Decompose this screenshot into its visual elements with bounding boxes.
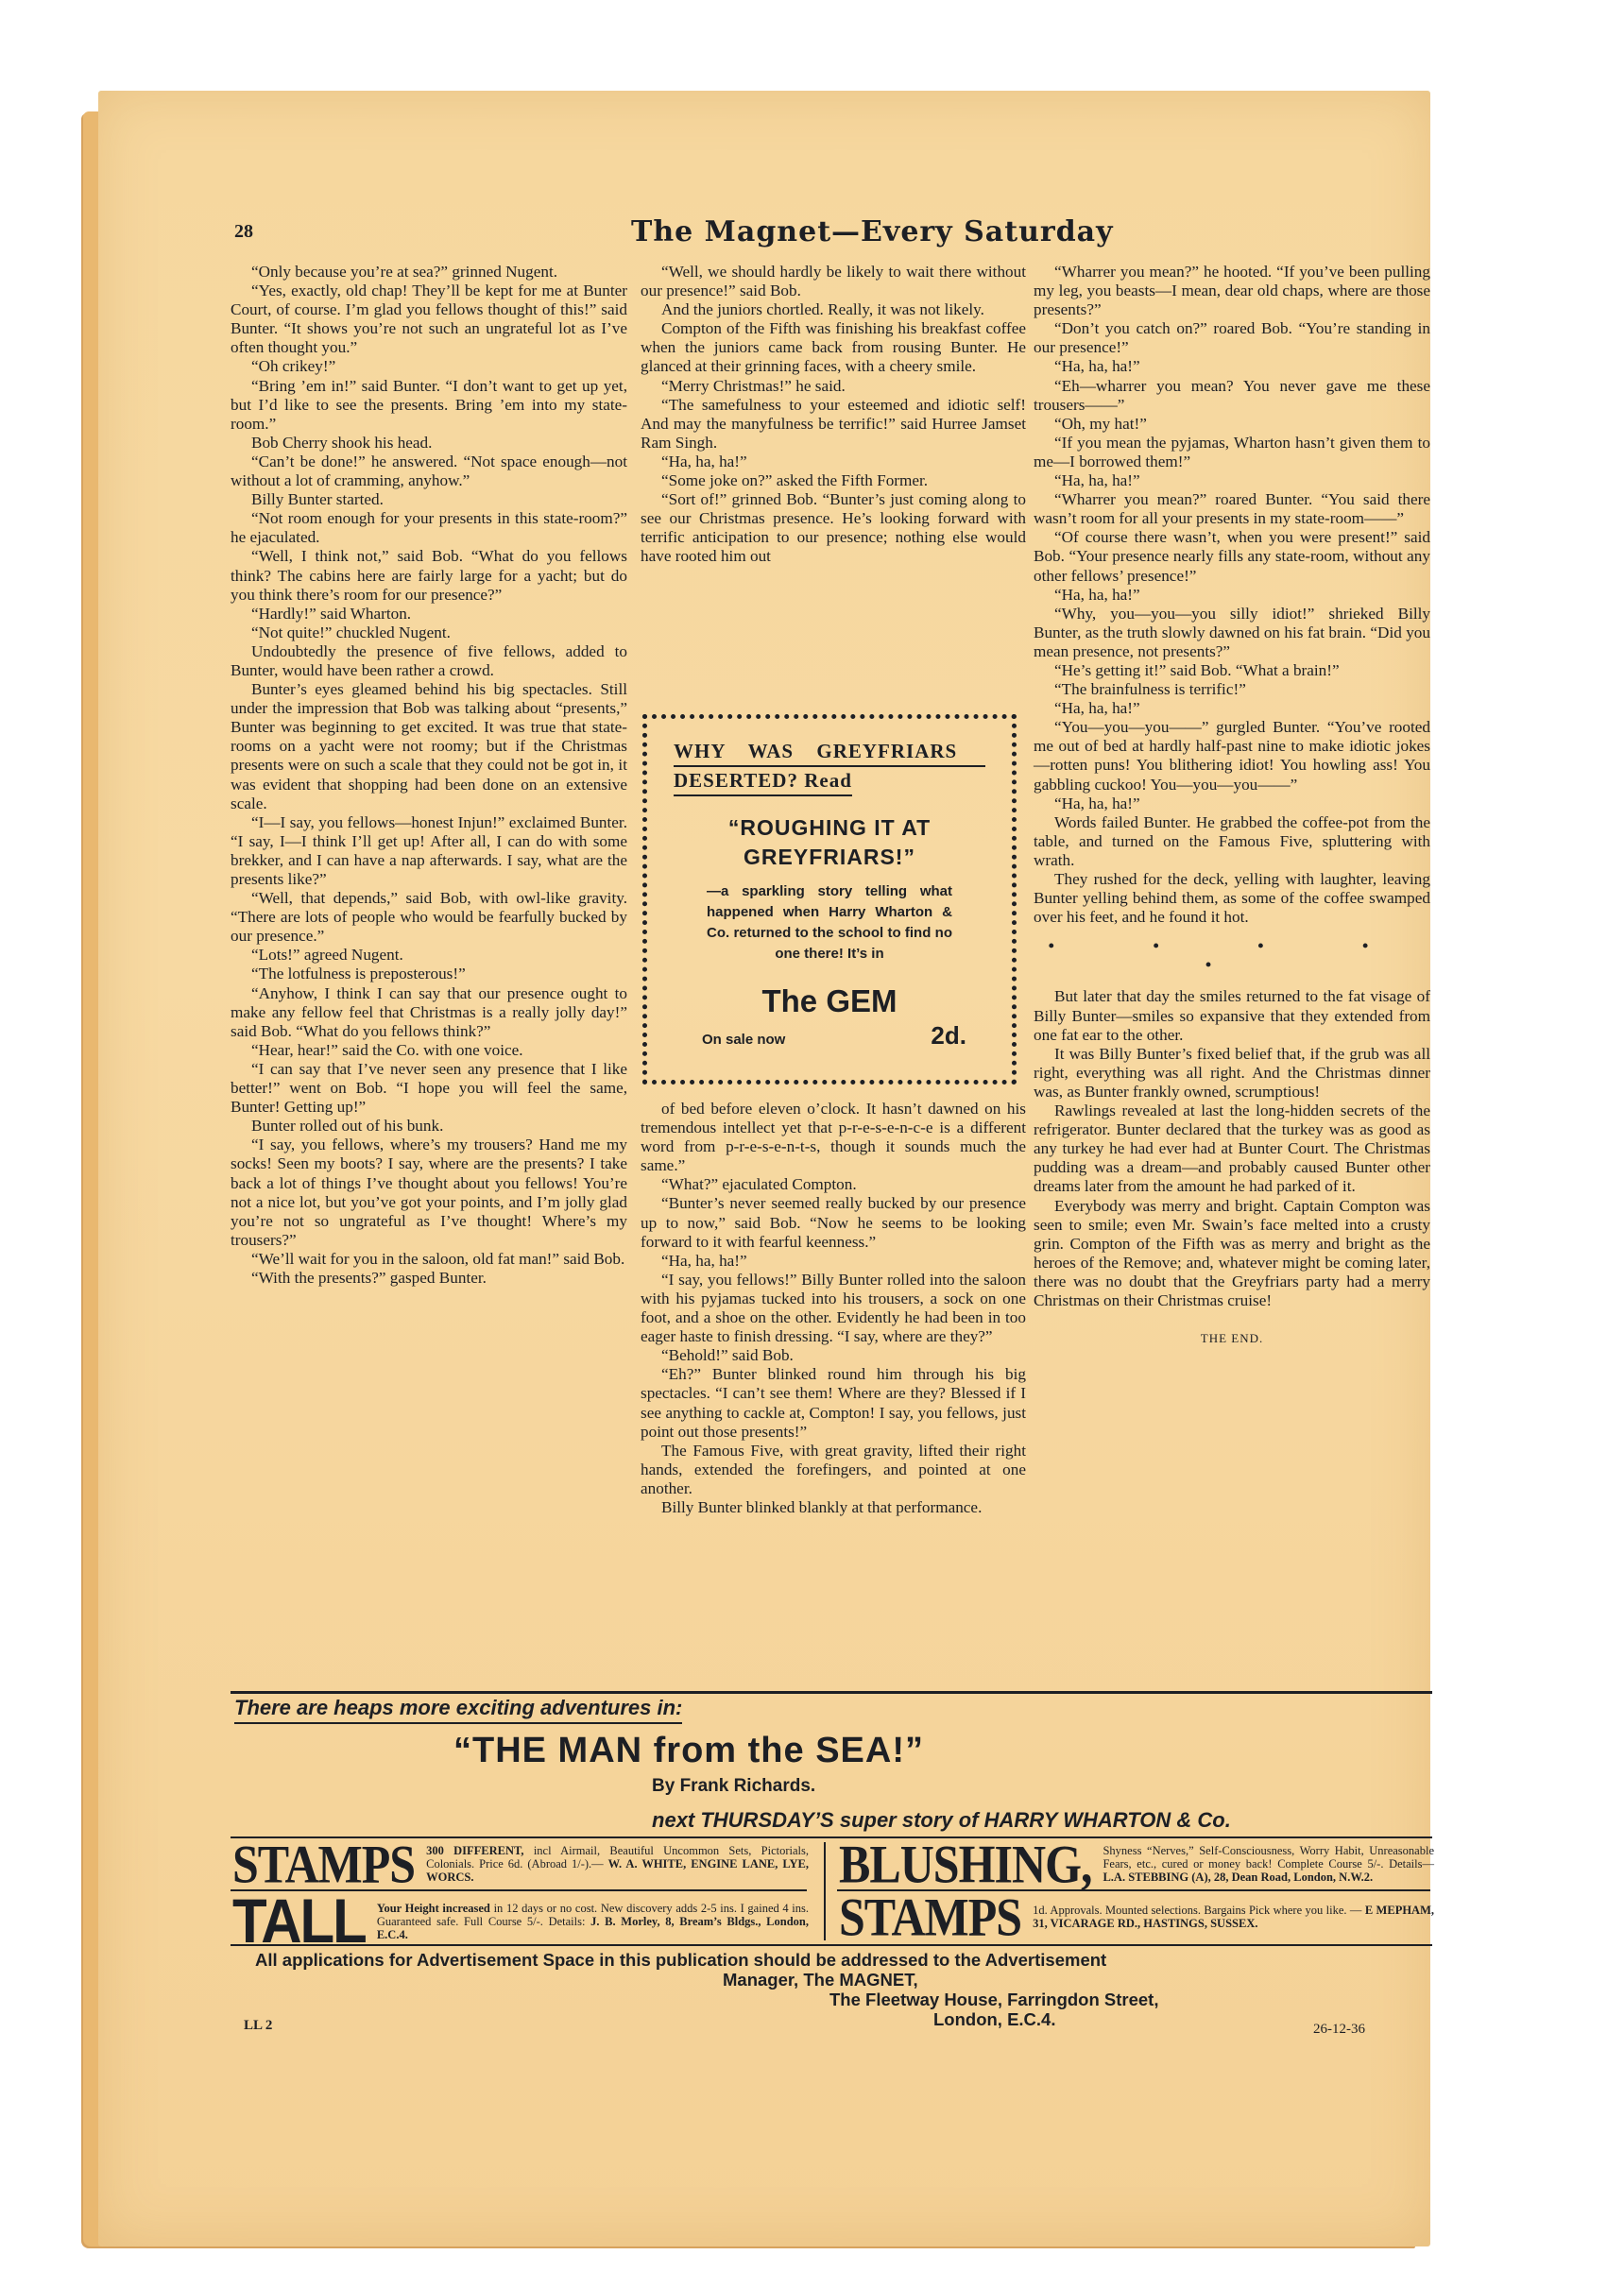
paragraph: And the juniors chortled. Really, it was…: [641, 300, 1026, 319]
paragraph: “Wharrer you mean?” he hooted. “If you’v…: [1034, 263, 1430, 319]
paragraph: “Why, you—you—you silly idiot!” shrieked…: [1034, 605, 1430, 661]
the-end: THE END.: [1034, 1329, 1430, 1348]
gem-ad-publication: The GEM: [674, 983, 985, 1019]
next-week-subtitle: next THURSDAY’S super story of HARRY WHA…: [652, 1808, 1231, 1833]
gem-ad-sale-line: On sale now 2d.: [702, 1021, 966, 1051]
paragraph: “Ha, ha, ha!”: [641, 453, 1026, 471]
paragraph: “Ha, ha, ha!”: [1034, 471, 1430, 490]
paragraph: “Eh?” Bunter blinked round him through h…: [641, 1365, 1026, 1441]
ad-heading: BLUSHING,: [839, 1836, 1091, 1891]
paragraph: “The lotfulness is preposterous!”: [231, 965, 627, 983]
paragraph: The Famous Five, with great gravity, lif…: [641, 1442, 1026, 1498]
masthead: The Magnet—Every Saturday: [631, 215, 1114, 248]
ad-column-divider: [824, 1842, 826, 1940]
paragraph: “I say, you fellows!” Billy Bunter rolle…: [641, 1271, 1026, 1346]
classified-ad-stamps-mepham: STAMPS 1d. Approvals. Mounted selections…: [839, 1893, 1434, 1940]
paragraph: “Hear, hear!” said the Co. with one voic…: [231, 1041, 627, 1060]
paragraph: Rawlings revealed at last the long-hidde…: [1034, 1102, 1430, 1196]
paragraph: “I say, you fellows, where’s my trousers…: [231, 1136, 627, 1250]
gem-advertisement: WHY WAS GREYFRIARS DESERTED? Read “ROUGH…: [642, 714, 1017, 1085]
classified-ad-stamps-white: STAMPS 300 DIFFERENT, incl Airmail, Beau…: [232, 1840, 809, 1888]
footer-line: London, E.C.4.: [246, 2009, 1427, 2029]
paragraph: “Some joke on?” asked the Fifth Former.: [641, 471, 1026, 490]
ad-heading: STAMPS: [839, 1889, 1021, 1944]
paragraph: “Hardly!” said Wharton.: [231, 605, 627, 623]
paragraph: “Oh, my hat!”: [1034, 415, 1430, 434]
classified-ad-tall: TALL Your Height increased in 12 days or…: [232, 1893, 809, 1950]
paragraph: of bed before eleven o’clock. It hasn’t …: [641, 1100, 1026, 1175]
paragraph: “The samefulness to your esteemed and id…: [641, 396, 1026, 453]
story-column-3-part2: But later that day the smiles returned t…: [1034, 987, 1430, 1310]
gem-ad-blurb: —a sparkling story telling what happened…: [707, 881, 952, 965]
paragraph: “Only because you’re at sea?” grinned Nu…: [231, 263, 627, 282]
paragraph: Bunter rolled out of his bunk.: [231, 1117, 627, 1136]
paragraph: Everybody was merry and bright. Captain …: [1034, 1197, 1430, 1311]
gem-ad-story-title: “ROUGHING IT AT GREYFRIARS!”: [674, 813, 985, 872]
paragraph: “We’ll wait for you in the saloon, old f…: [231, 1250, 627, 1269]
paragraph: “Eh—wharrer you mean? You never gave me …: [1034, 377, 1430, 415]
ad-address: L.A. STEBBING (A), 28, Dean Road, London…: [1103, 1870, 1373, 1884]
paragraph: “Of course there wasn’t, when you were p…: [1034, 528, 1430, 585]
paragraph: Bunter’s eyes gleamed behind his big spe…: [231, 680, 627, 813]
paragraph: “Well, I think not,” said Bob. “What do …: [231, 547, 627, 604]
paragraph: Compton of the Fifth was finishing his b…: [641, 319, 1026, 376]
paragraph: “Well, that depends,” said Bob, with owl…: [231, 889, 627, 946]
next-week-teaser: There are heaps more exciting adventures…: [234, 1696, 682, 1724]
paragraph: “Bring ’em in!” said Bunter. “I don’t wa…: [231, 377, 627, 434]
story-column-3: “Wharrer you mean?” he hooted. “If you’v…: [1034, 263, 1430, 1348]
next-week-author: By Frank Richards.: [652, 1776, 815, 1797]
paragraph: “Anyhow, I think I can say that our pres…: [231, 984, 627, 1041]
gem-ad-headline-2: DESERTED? Read: [674, 767, 852, 796]
paragraph: “Can’t be done!” he answered. “Not space…: [231, 453, 627, 490]
paragraph: “Merry Christmas!” he said.: [641, 377, 1026, 396]
paragraph: “What?” ejaculated Compton.: [641, 1175, 1026, 1194]
paragraph: “Bunter’s never seemed really bucked by …: [641, 1194, 1026, 1251]
next-week-title: “THE MAN from the SEA!”: [453, 1731, 924, 1771]
paragraph: Billy Bunter started.: [231, 490, 627, 509]
ad-heading: STAMPS: [232, 1836, 415, 1891]
paragraph: “With the presents?” gasped Bunter.: [231, 1269, 627, 1288]
paragraph: “If you mean the pyjamas, Wharton hasn’t…: [1034, 434, 1430, 471]
page-header: 28 The Magnet—Every Saturday: [234, 215, 1434, 253]
paragraph: Words failed Bunter. He grabbed the coff…: [1034, 813, 1430, 870]
story-column-3-part1: “Wharrer you mean?” he hooted. “If you’v…: [1034, 263, 1430, 927]
paragraph: “Behold!” said Bob.: [641, 1346, 1026, 1365]
paragraph: “Lots!” agreed Nugent.: [231, 946, 627, 965]
paragraph: “He’s getting it!” said Bob. “What a bra…: [1034, 661, 1430, 680]
issue-date: 26-12-36: [1313, 2022, 1365, 2038]
paragraph: “Ha, ha, ha!”: [1034, 699, 1430, 718]
paragraph: “Sort of!” grinned Bob. “Bunter’s just c…: [641, 490, 1026, 566]
paragraph: “The brainfulness is terrific!”: [1034, 680, 1430, 699]
paragraph: “Don’t you catch on?” roared Bob. “You’r…: [1034, 319, 1430, 357]
paragraph: Undoubtedly the presence of five fellows…: [231, 642, 627, 680]
paragraph: “Not quite!” chuckled Nugent.: [231, 623, 627, 642]
ad-text: 1d. Approvals. Mounted selections. Barga…: [1033, 1904, 1361, 1917]
ad-lead: 300 DIFFERENT,: [426, 1844, 523, 1857]
paragraph: “Ha, ha, ha!”: [1034, 794, 1430, 813]
paragraph: “Not room enough for your presents in th…: [231, 509, 627, 547]
gem-ad-price: 2d.: [931, 1021, 966, 1051]
paragraph: Billy Bunter blinked blankly at that per…: [641, 1498, 1026, 1517]
footer-line: The Fleetway House, Farringdon Street,: [246, 1990, 1427, 2009]
paragraph: But later that day the smiles returned t…: [1034, 987, 1430, 1044]
ad-lead: Your Height increased: [377, 1902, 490, 1915]
ad-text: Shyness “Nerves,” Self-Consciousness, Wo…: [1103, 1844, 1434, 1870]
paragraph: It was Billy Bunter’s fixed belief that,…: [1034, 1045, 1430, 1102]
paragraph: “Wharrer you mean?” roared Bunter. “You …: [1034, 490, 1430, 528]
story-column-2-bottom: of bed before eleven o’clock. It hasn’t …: [641, 1100, 1026, 1517]
story-column-2-top: “Well, we should hardly be likely to wai…: [641, 263, 1026, 567]
advertising-notice: All applications for Advertisement Space…: [246, 1950, 1427, 2029]
paragraph: “Oh crikey!”: [231, 357, 627, 376]
divider-rule: [231, 1691, 1432, 1694]
footer-line: All applications for Advertisement Space…: [246, 1950, 1427, 1970]
paragraph: “Well, we should hardly be likely to wai…: [641, 263, 1026, 300]
story-column-1: “Only because you’re at sea?” grinned Nu…: [231, 263, 627, 1288]
gem-ad-headline: WHY WAS GREYFRIARS: [674, 740, 985, 767]
divider-rule: [231, 1944, 1432, 1946]
paragraph: “Yes, exactly, old chap! They’ll be kept…: [231, 282, 627, 357]
paragraph: Bob Cherry shook his head.: [231, 434, 627, 453]
paragraph: “Ha, ha, ha!”: [1034, 357, 1430, 376]
print-mark: LL 2: [244, 2018, 272, 2034]
gem-ad-on-sale: On sale now: [702, 1032, 785, 1048]
paragraph: They rushed for the deck, yelling with l…: [1034, 870, 1430, 927]
section-break: • • • • •: [1034, 936, 1430, 974]
classified-ad-blushing: BLUSHING, Shyness “Nerves,” Self-Conscio…: [839, 1840, 1434, 1888]
paragraph: “You—you—you——” gurgled Bunter. “You’ve …: [1034, 718, 1430, 794]
paragraph: “I can say that I’ve never seen any pres…: [231, 1060, 627, 1117]
paragraph: “Ha, ha, ha!”: [1034, 586, 1430, 605]
footer-line: Manager, The MAGNET,: [246, 1970, 1427, 1990]
paragraph: “Ha, ha, ha!”: [641, 1252, 1026, 1271]
page-number: 28: [234, 221, 253, 243]
paragraph: “I—I say, you fellows—honest Injun!” exc…: [231, 813, 627, 889]
